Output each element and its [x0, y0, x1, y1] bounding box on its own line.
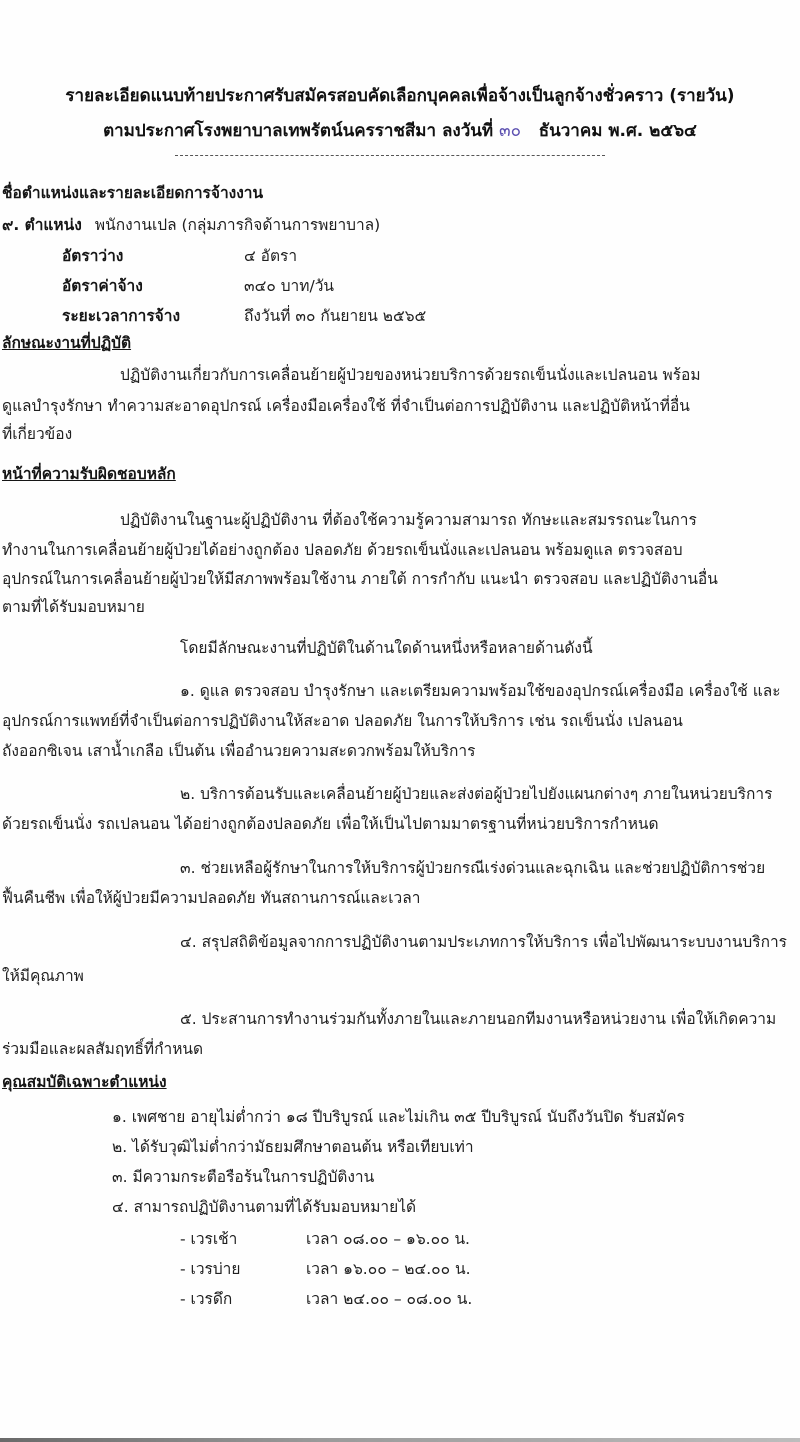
- duty-item-2-line-1: ๒. บริการต้อนรับและเคลื่อนย้ายผู้ป่วยและ…: [180, 781, 772, 806]
- shift-morning-name: - เวรเช้า: [180, 1226, 237, 1251]
- job-nature-line-2: ดูแลบำรุงรักษา ทำความสะอาดอุปกรณ์ เครื่อ…: [2, 393, 690, 418]
- job-nature-line-3: ที่เกี่ยวข้อง: [2, 421, 72, 446]
- duty-item-5-line-1: ๕. ประสานการทำงานร่วมกันทั้งภายในและภายน…: [180, 1006, 776, 1031]
- document-page: รายละเอียดแนบท้ายประกาศรับสมัครสอบคัดเลื…: [0, 0, 800, 1442]
- responsibilities-intro-line-4: ตามที่ได้รับมอบหมาย: [2, 594, 145, 619]
- responsibilities-intro-line-2: ทำงานในการเคลื่อนย้ายผู้ป่วยได้อย่างถูกต…: [2, 537, 683, 562]
- shift-afternoon-name: - เวรบ่าย: [180, 1256, 240, 1281]
- qualification-item-3: ๓. มีความกระตือรือร้นในการปฏิบัติงาน: [112, 1164, 374, 1189]
- duty-item-1-line-2: อุปกรณ์การแพทย์ที่จำเป็นต่อการปฏิบัติงาน…: [2, 708, 683, 733]
- employment-period-label: ระยะเวลาการจ้าง: [62, 303, 180, 328]
- title-line-2-prefix: ตามประกาศโรงพยาบาลเทพรัตน์นครราชสีมา ลงว…: [103, 121, 493, 141]
- qualification-item-1: ๑. เพศชาย อายุไม่ต่ำกว่า ๑๘ ปีบริบูรณ์ แ…: [112, 1104, 685, 1129]
- title-line-1-text: รายละเอียดแนบท้ายประกาศรับสมัครสอบคัดเลื…: [65, 86, 734, 106]
- section-heading-responsibilities: หน้าที่ความรับผิดชอบหลัก: [2, 461, 176, 486]
- document-title-line-1: รายละเอียดแนบท้ายประกาศรับสมัครสอบคัดเลื…: [0, 82, 800, 109]
- job-nature-line-1: ปฏิบัติงานเกี่ยวกับการเคลื่อนย้ายผู้ป่วย…: [120, 362, 701, 387]
- duty-item-1-line-3: ถังออกซิเจน เสาน้ำเกลือ เป็นต้น เพื่ออำน…: [2, 738, 475, 763]
- wage-value: ๓๔๐ บาท/วัน: [244, 273, 334, 298]
- shift-morning-time: เวลา ๐๘.๐๐ – ๑๖.๐๐ น.: [306, 1226, 470, 1251]
- responsibilities-intro-line-3: อุปกรณ์ในการเคลื่อนย้ายผู้ป่วยให้มีสภาพพ…: [2, 566, 718, 591]
- position-name: พนักงานเปล (กลุ่มภารกิจด้านการพยาบาล): [95, 216, 380, 234]
- duty-item-4-line-2: ให้มีคุณภาพ: [2, 963, 84, 988]
- duty-item-1-line-1: ๑. ดูแล ตรวจสอบ บำรุงรักษา และเตรียมความ…: [180, 678, 781, 703]
- shift-night-time: เวลา ๒๔.๐๐ – ๐๘.๐๐ น.: [306, 1286, 472, 1311]
- document-title-line-2: ตามประกาศโรงพยาบาลเทพรัตน์นครราชสีมา ลงว…: [0, 117, 800, 144]
- responsibilities-intro-line-1: ปฏิบัติงานในฐานะผู้ปฏิบัติงาน ที่ต้องใช้…: [120, 507, 697, 532]
- employment-period-value: ถึงวันที่ ๓๐ กันยายน ๒๕๖๕: [244, 303, 426, 328]
- duty-item-2-line-2: ด้วยรถเข็นนั่ง รถเปลนอน ได้อย่างถูกต้องป…: [2, 811, 659, 836]
- duty-item-3-line-1: ๓. ช่วยเหลือผู้รักษาในการให้บริการผู้ป่ว…: [180, 855, 765, 880]
- duty-item-5-line-2: ร่วมมือและผลสัมฤทธิ์ที่กำหนด: [2, 1036, 203, 1061]
- section-heading-qualifications: คุณสมบัติเฉพาะตำแหน่ง: [2, 1069, 167, 1094]
- section-heading-job-nature: ลักษณะงานที่ปฏิบัติ: [2, 330, 131, 355]
- shift-afternoon-time: เวลา ๑๖.๐๐ – ๒๔.๐๐ น.: [306, 1256, 471, 1281]
- duty-item-3-line-2: ฟื้นคืนชีพ เพื่อให้ผู้ป่วยมีความปลอดภัย …: [2, 885, 420, 910]
- dashed-divider: [175, 155, 605, 156]
- position-number-label: ๙. ตำแหน่ง: [2, 216, 82, 234]
- wage-label: อัตราค่าจ้าง: [62, 273, 143, 298]
- qualification-item-4: ๔. สามารถปฏิบัติงานตามที่ได้รับมอบหมายได…: [112, 1194, 416, 1219]
- vacancy-label: อัตราว่าง: [62, 243, 123, 268]
- shift-night-name: - เวรดึก: [180, 1286, 232, 1311]
- vacancy-value: ๔ อัตรา: [244, 243, 297, 268]
- qualification-item-2: ๒. ได้รับวุฒิไม่ต่ำกว่ามัธยมศึกษาตอนต้น …: [112, 1134, 474, 1159]
- position-title-row: ๙. ตำแหน่ง พนักงานเปล (กลุ่มภารกิจด้านกา…: [2, 212, 380, 237]
- section-heading-position: ชื่อตำแหน่งและรายละเอียดการจ้างงาน: [2, 180, 263, 205]
- duty-item-4-line-1: ๔. สรุปสถิติข้อมูลจากการปฏิบัติงานตามประ…: [180, 929, 787, 954]
- scan-edge-strip: [0, 1438, 800, 1442]
- responsibilities-lead-in: โดยมีลักษณะงานที่ปฏิบัติในด้านใดด้านหนึ่…: [180, 635, 593, 660]
- title-date-day: ๓๐: [499, 121, 521, 141]
- title-line-2-suffix: ธันวาคม พ.ศ. ๒๕๖๔: [539, 121, 697, 141]
